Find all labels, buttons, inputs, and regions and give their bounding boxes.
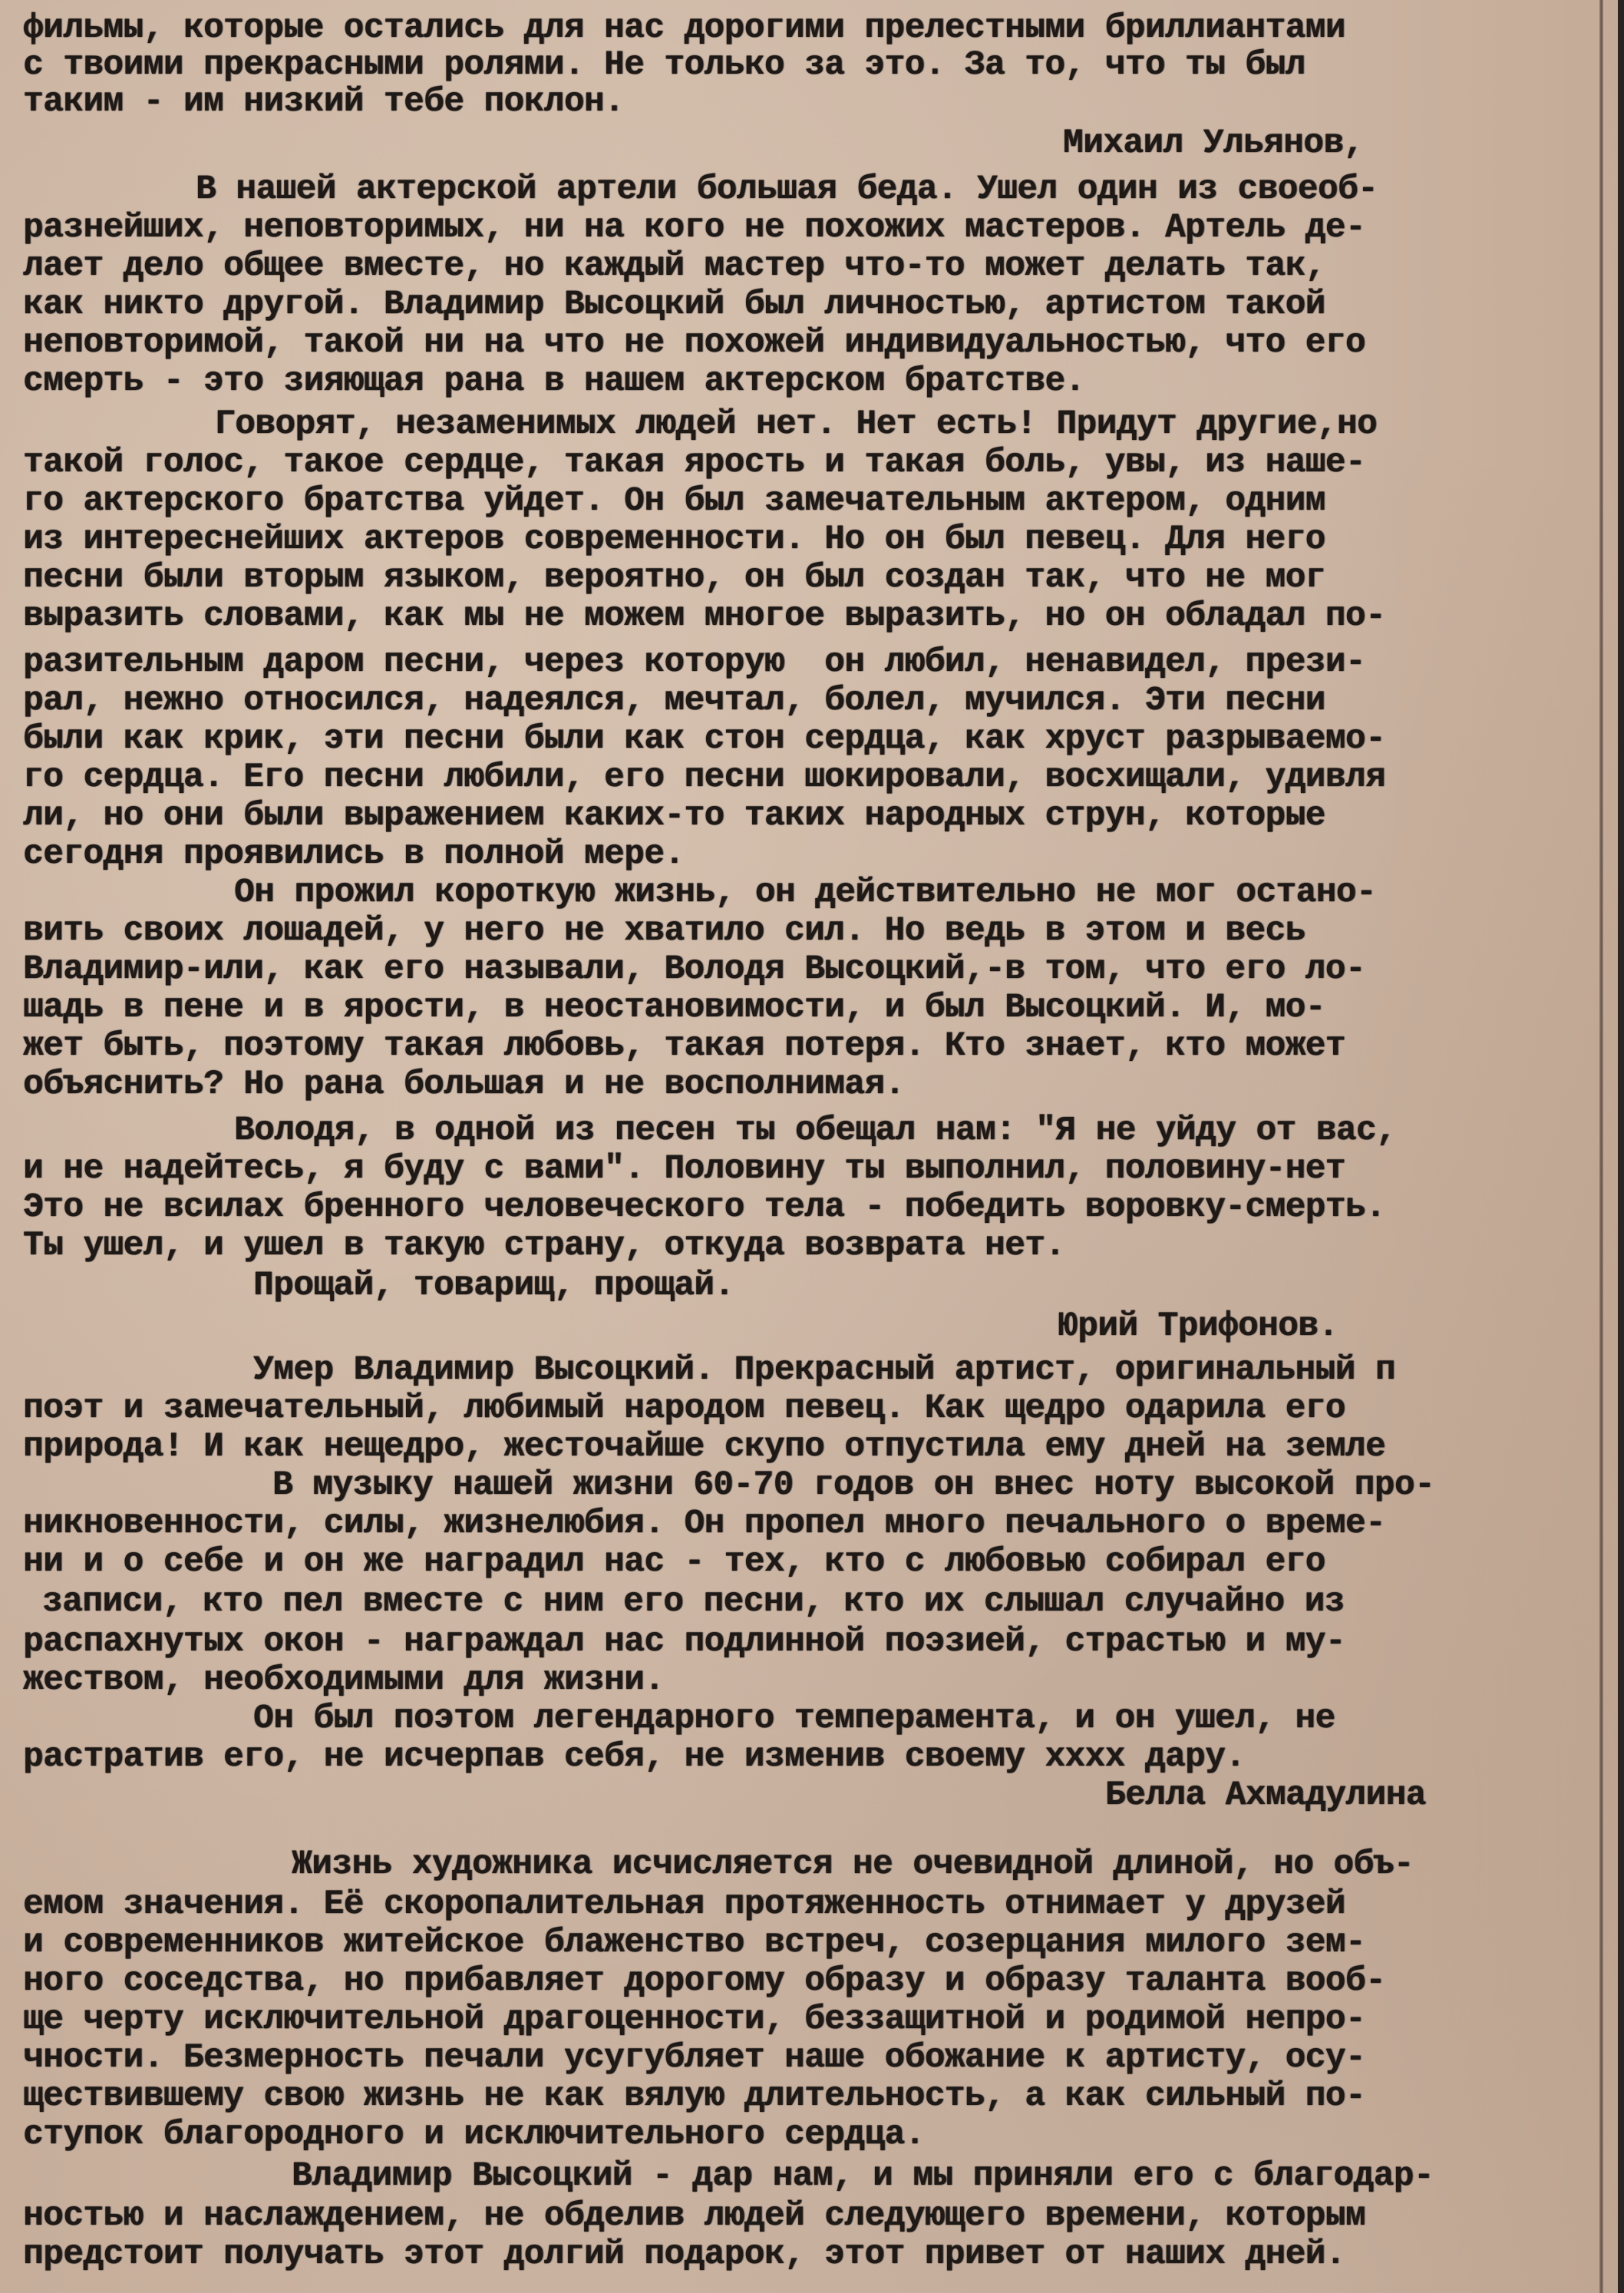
text-line: были как крик, эти песни были как стон с… — [23, 720, 1385, 758]
text-line: ного соседства, но прибавляет дорогому о… — [23, 1962, 1385, 2001]
text-line: песни были вторым языком, вероятно, он б… — [23, 559, 1325, 597]
text-line: рал, нежно относился, надеялся, мечтал, … — [23, 682, 1325, 720]
text-line: Он был поэтом легендарного темперамента,… — [253, 1700, 1335, 1738]
text-line: никновенности, силы, жизнелюбия. Он проп… — [23, 1505, 1385, 1543]
text-line: распахнутых окон - награждал нас подлинн… — [23, 1623, 1345, 1661]
text-line: поэт и замечательный, любимый народом пе… — [23, 1389, 1345, 1428]
text-line: фильмы, которые остались для нас дорогим… — [23, 9, 1345, 48]
text-line: неповторимой, такой ни на что не похожей… — [23, 324, 1365, 362]
text-line: из интереснейших актеров современности. … — [23, 520, 1325, 559]
text-line: ступок благородного и исключительного се… — [23, 2116, 925, 2154]
text-line: природа! И как нещедро, жесточайше скупо… — [23, 1428, 1385, 1466]
text-line: таким - им низкий тебе поклон. — [23, 83, 624, 121]
text-line: Он прожил короткую жизнь, он действитель… — [234, 874, 1376, 912]
text-line: выразить словами, как мы не можем многое… — [23, 597, 1385, 636]
text-line: объяснить? Но рана большая и не восполни… — [23, 1066, 905, 1104]
text-line: Прощай, товарищ, прощай. — [253, 1267, 734, 1305]
text-line: го актерского братства уйдет. Он был зам… — [23, 482, 1325, 520]
text-line: вить своих лошадей, у него не хватило си… — [23, 912, 1305, 950]
text-line: Говорят, незаменимых людей нет. Нет есть… — [215, 405, 1377, 444]
page-edge-shadow — [1599, 0, 1603, 2293]
text-line: и современников житейское блаженство вст… — [23, 1924, 1365, 1962]
text-line: записи, кто пел вместе с ним его песни, … — [42, 1583, 1345, 1621]
text-line: разнейших, неповторимых, ни на кого не п… — [23, 209, 1365, 247]
text-line: ще черту исключительной драгоценности, б… — [23, 2001, 1365, 2039]
text-line: жеством, необходимыми для жизни. — [23, 1661, 664, 1700]
text-line: сегодня проявились в полной мере. — [23, 835, 684, 874]
text-line: ли, но они были выражением каких-то таки… — [23, 797, 1325, 835]
text-line: В музыку нашей жизни 60-70 годов он внес… — [272, 1466, 1434, 1505]
text-line: с твоими прекрасными ролями. Не только з… — [23, 46, 1305, 84]
text-line: ни и о себе и он же наградил нас - тех, … — [23, 1543, 1325, 1581]
text-line: такой голос, такое сердце, такая ярость … — [23, 444, 1365, 482]
text-line: Владимир-или, как его называли, Володя В… — [23, 950, 1365, 989]
text-line: лает дело общее вместе, но каждый мастер… — [23, 247, 1325, 286]
author-signature: Михаил Ульянов, — [1063, 124, 1364, 163]
text-line: Ты ушел, и ушел в такую страну, откуда в… — [23, 1227, 1065, 1265]
text-line: го сердца. Его песни любили, его песни ш… — [23, 758, 1385, 797]
text-line: Умер Владимир Высоцкий. Прекрасный артис… — [253, 1351, 1395, 1389]
page-edge-border — [1618, 0, 1624, 2293]
text-line: жет быть, поэтому такая любовь, такая по… — [23, 1027, 1345, 1066]
text-line: Володя, в одной из песен ты обещал нам: … — [234, 1112, 1396, 1150]
text-line: В нашей актерской артели большая беда. У… — [196, 170, 1378, 209]
text-line: Это не всилах бренного человеческого тел… — [23, 1188, 1385, 1227]
text-line: разительным даром песни, через которую о… — [23, 643, 1365, 682]
author-signature: Белла Ахмадулина — [1105, 1776, 1426, 1815]
text-line: смерть - это зияющая рана в нашем актерс… — [23, 362, 1085, 401]
text-line: чности. Безмерность печали усугубляет на… — [23, 2039, 1365, 2077]
text-line: как никто другой. Владимир Высоцкий был … — [23, 286, 1325, 324]
text-line: предстоит получать этот долгий подарок, … — [23, 2235, 1345, 2274]
text-line: и не надейтесь, я буду с вами". Половину… — [23, 1150, 1345, 1188]
text-line: ществившему свою жизнь не как вялую длит… — [23, 2077, 1365, 2116]
author-signature: Юрий Трифонов. — [1058, 1307, 1338, 1346]
text-line: Жизнь художника исчисляется не очевидной… — [292, 1845, 1414, 1884]
text-line: Владимир Высоцкий - дар нам, и мы принял… — [292, 2157, 1434, 2196]
text-line: шадь в пене и в ярости, в неостановимост… — [23, 989, 1325, 1027]
text-line: емом значения. Её скоропалительная протя… — [23, 1885, 1345, 1924]
text-line: растратив его, не исчерпав себя, не изме… — [23, 1738, 1245, 1776]
text-line: ностью и наслаждением, не обделив людей … — [23, 2197, 1365, 2235]
